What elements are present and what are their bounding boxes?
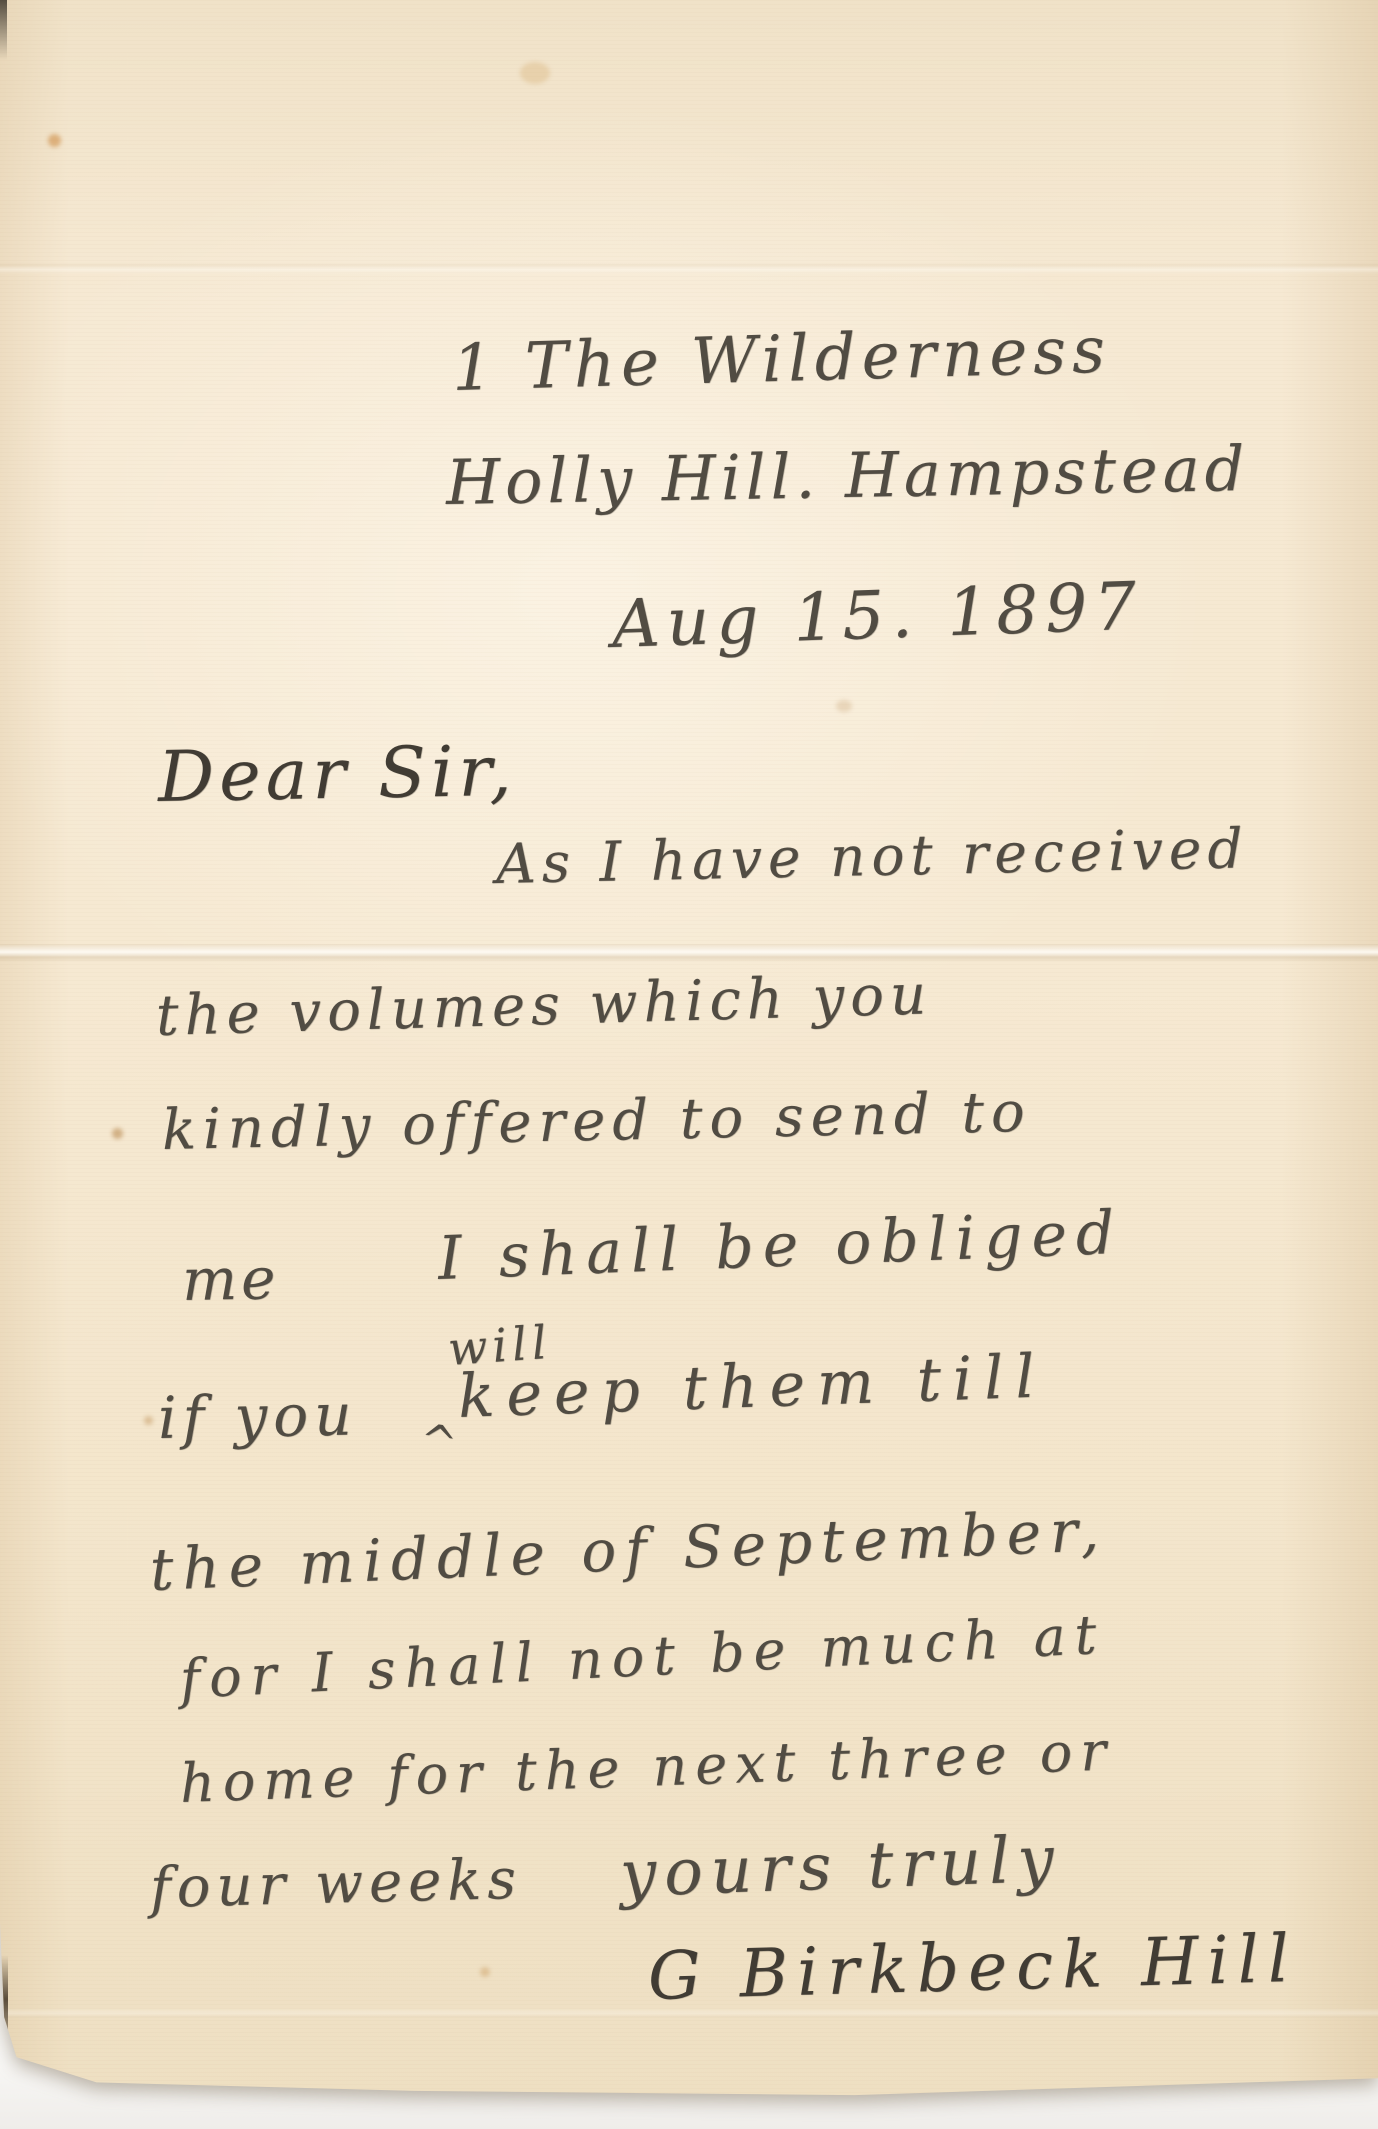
body-line-2: the volumes which you	[155, 962, 933, 1049]
body-line-7: for I shall not be much at	[178, 1603, 1106, 1711]
letter-paper: 1 The Wilderness Holly Hill. Hampstead A…	[0, 0, 1378, 2112]
foxing-spot	[520, 62, 550, 84]
foxing-spot	[836, 700, 852, 712]
scanned-letter-page: 1 The Wilderness Holly Hill. Hampstead A…	[0, 0, 1378, 2129]
fold-crease-top	[0, 262, 1378, 274]
body-line-5-ifyou: if you	[157, 1381, 358, 1452]
address-line-1: 1 The Wilderness	[451, 314, 1112, 406]
foxing-spot	[48, 134, 61, 147]
salutation: Dear Sir,	[157, 730, 517, 818]
body-line-6: the middle of September,	[149, 1496, 1109, 1604]
edge-artifact-top-left	[0, 0, 7, 60]
paper-shadow-wrap: 1 The Wilderness Holly Hill. Hampstead A…	[0, 0, 1378, 2129]
date-line: Aug 15. 1897	[611, 567, 1145, 662]
body-line-8: home for the next three or	[179, 1719, 1115, 1815]
body-line-1: As I have not received	[495, 816, 1249, 896]
foxing-spot	[480, 1967, 490, 1977]
body-line-4-rest: I shall be obliged	[437, 1198, 1125, 1294]
body-line-4-me: me	[181, 1244, 280, 1314]
insertion-caret: ^	[416, 1414, 460, 1470]
signature: G Birkbeck Hill	[647, 1920, 1299, 2015]
closing: yours truly	[619, 1823, 1063, 1912]
foxing-spot	[112, 1128, 123, 1139]
foxing-spot	[144, 1416, 153, 1425]
address-line-2: Holly Hill. Hampstead	[445, 432, 1250, 519]
fold-crease-middle	[0, 944, 1378, 962]
body-line-3: kindly offered to send to	[161, 1080, 1032, 1163]
body-line-9: four weeks	[149, 1847, 522, 1921]
edge-artifact-left-bottom	[0, 1955, 8, 2065]
